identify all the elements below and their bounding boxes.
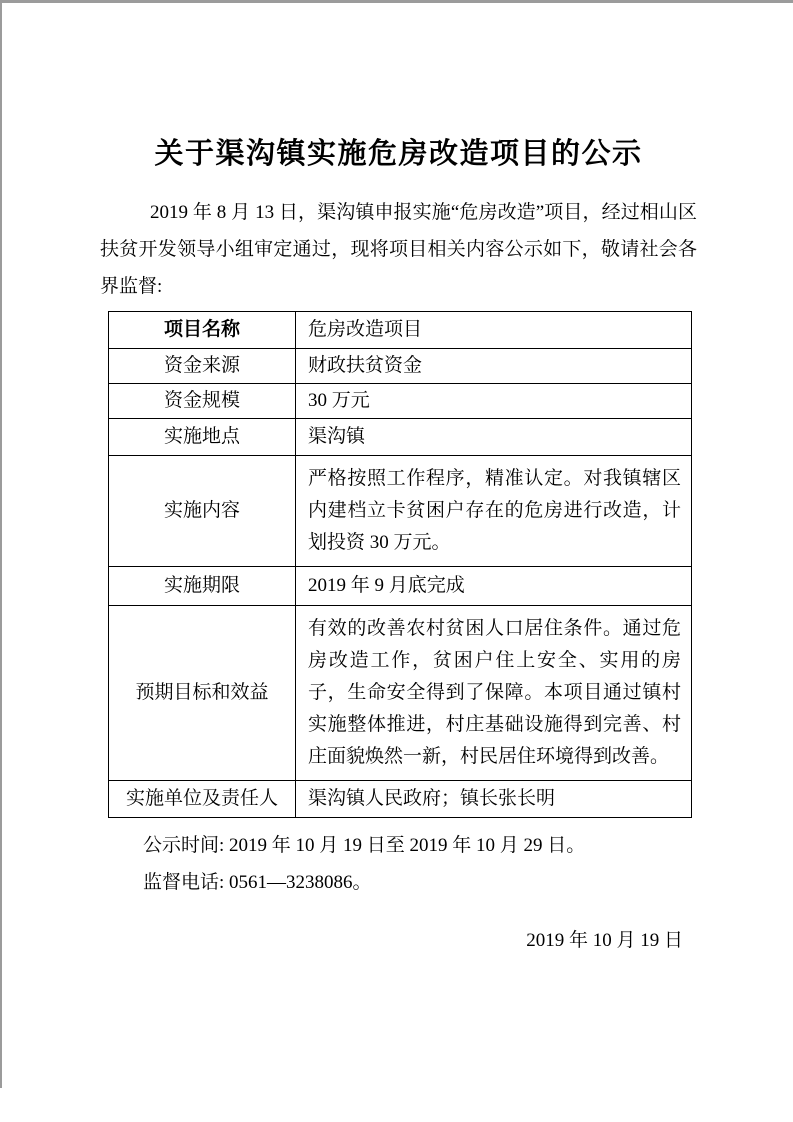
table-row: 实施期限 2019 年 9 月底完成 xyxy=(109,567,692,606)
row-value-responsible-unit: 渠沟镇人民政府；镇长张长明 xyxy=(296,781,692,818)
intro-paragraph: 2019 年 8 月 13 日，渠沟镇申报实施“危房改造”项目，经过相山区扶贫开… xyxy=(100,194,697,305)
row-value-fund-scale: 30 万元 xyxy=(296,384,692,419)
supervision-phone-line: 监督电话: 0561—3238086。 xyxy=(100,864,697,901)
table-row: 资金规模 30 万元 xyxy=(109,384,692,419)
row-label-fund-source: 资金来源 xyxy=(109,349,296,384)
table-row: 实施地点 渠沟镇 xyxy=(109,419,692,456)
document-content: 关于渠沟镇实施危房改造项目的公示 2019 年 8 月 13 日，渠沟镇申报实施… xyxy=(0,0,793,959)
table-row: 实施内容 严格按照工作程序，精准认定。对我镇辖区内建档立卡贫困户存在的危房进行改… xyxy=(109,456,692,567)
publicity-time-line: 公示时间: 2019 年 10 月 19 日至 2019 年 10 月 29 日… xyxy=(100,827,697,864)
table-row: 实施单位及责任人 渠沟镇人民政府；镇长张长明 xyxy=(109,781,692,818)
document-page: 关于渠沟镇实施危房改造项目的公示 2019 年 8 月 13 日，渠沟镇申报实施… xyxy=(0,0,793,1122)
table-row: 预期目标和效益 有效的改善农村贫困人口居住条件。通过危房改造工作，贫困户住上安全… xyxy=(109,606,692,781)
row-label-expected-goals: 预期目标和效益 xyxy=(109,606,296,781)
row-label-location: 实施地点 xyxy=(109,419,296,456)
footer-block: 公示时间: 2019 年 10 月 19 日至 2019 年 10 月 29 日… xyxy=(100,827,697,901)
row-value-implementation-content: 严格按照工作程序，精准认定。对我镇辖区内建档立卡贫困户存在的危房进行改造，计划投… xyxy=(296,456,692,567)
table-row: 项目名称 危房改造项目 xyxy=(109,312,692,349)
row-label-fund-scale: 资金规模 xyxy=(109,384,296,419)
project-info-table: 项目名称 危房改造项目 资金来源 财政扶贫资金 资金规模 30 万元 实施地点 … xyxy=(108,311,692,818)
table-row: 资金来源 财政扶贫资金 xyxy=(109,349,692,384)
row-label-responsible-unit: 实施单位及责任人 xyxy=(109,781,296,818)
row-label-implementation-period: 实施期限 xyxy=(109,567,296,606)
row-value-location: 渠沟镇 xyxy=(296,419,692,456)
page-title: 关于渠沟镇实施危房改造项目的公示 xyxy=(100,0,697,173)
row-label-implementation-content: 实施内容 xyxy=(109,456,296,567)
row-value-project-name: 危房改造项目 xyxy=(296,312,692,349)
row-value-expected-goals: 有效的改善农村贫困人口居住条件。通过危房改造工作，贫困户住上安全、实用的房子，生… xyxy=(296,606,692,781)
row-label-project-name: 项目名称 xyxy=(109,312,296,349)
document-date: 2019 年 10 月 19 日 xyxy=(100,922,697,959)
row-value-implementation-period: 2019 年 9 月底完成 xyxy=(296,567,692,606)
row-value-fund-source: 财政扶贫资金 xyxy=(296,349,692,384)
